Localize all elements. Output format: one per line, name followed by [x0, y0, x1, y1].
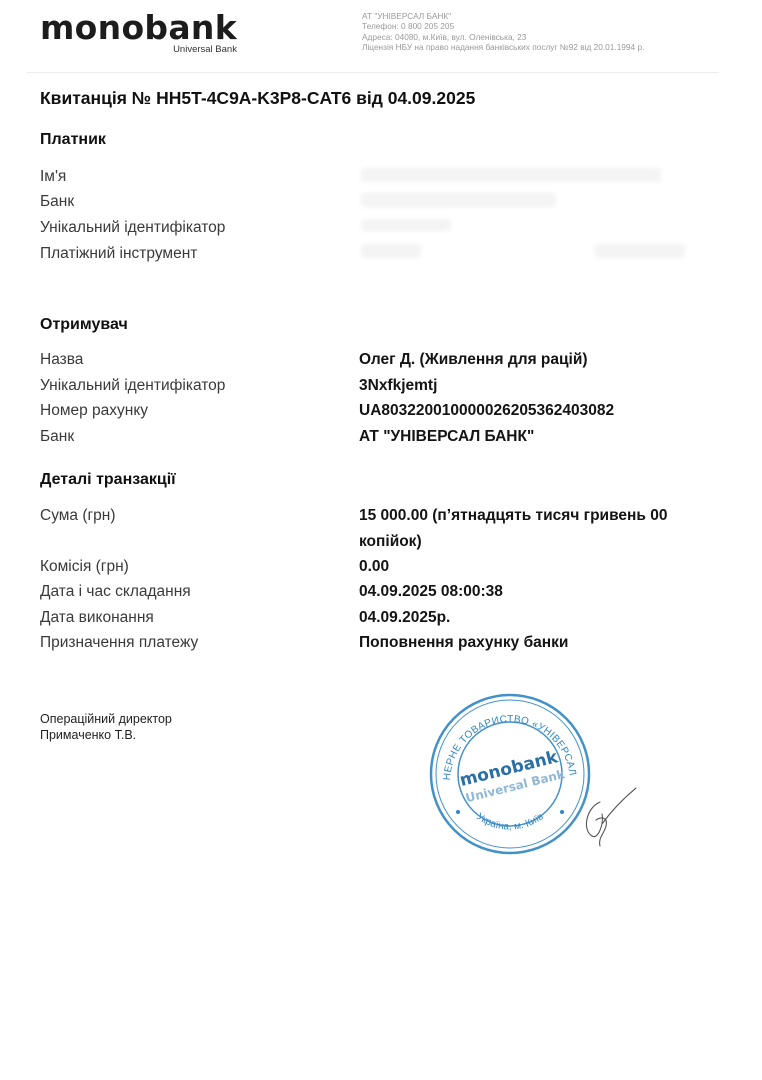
bank-contact-info: АТ "УНІВЕРСАЛ БАНК" Телефон: 0 800 205 2…: [362, 11, 644, 52]
header-divider: [27, 72, 719, 73]
transaction-heading: Деталі транзакції: [40, 471, 176, 489]
logo-wordmark: monobank: [40, 10, 237, 46]
bank-license: Ліцензія НБУ на право надання банківськи…: [362, 42, 644, 52]
payer-instrument-redacted-2: [595, 244, 685, 258]
recipient-id-value: 3Nxfkjemtj: [359, 373, 719, 399]
signatory-block: Операційний директор Примаченко Т.В.: [40, 711, 172, 743]
payer-name-label: Ім'я: [40, 164, 66, 190]
stamp-bottom-text: Україна, м. Київ: [474, 811, 545, 832]
bank-phone: Телефон: 0 800 205 205: [362, 21, 644, 31]
recipient-heading: Отримувач: [40, 316, 128, 334]
recipient-account-value: UA803220010000026205362403082: [359, 398, 719, 424]
payer-id-redacted: [361, 219, 451, 231]
handwritten-signature: [578, 780, 638, 850]
logo-subtitle: Universal Bank: [173, 44, 237, 55]
fee-value: 0.00: [359, 554, 719, 580]
bank-stamp: АКЦІОНЕРНЕ ТОВАРИСТВО «УНІВЕРСАЛ БАНК» У…: [428, 692, 592, 856]
signatory-position: Операційний директор: [40, 711, 172, 727]
fee-label: Комісія (грн): [40, 554, 129, 580]
recipient-account-label: Номер рахунку: [40, 398, 148, 424]
recipient-bank-value: АТ "УНІВЕРСАЛ БАНК": [359, 424, 719, 450]
amount-value: 15 000.00 (п’ятнадцять тисяч гривень 00 …: [359, 503, 714, 554]
purpose-value: Поповнення рахунку банки: [359, 630, 719, 656]
bank-address: Адреса: 04080, м.Київ, вул. Оленівська, …: [362, 32, 644, 42]
monobank-logo: monobank Universal Bank: [40, 10, 237, 46]
payer-id-label: Унікальний ідентифікатор: [40, 215, 225, 241]
bank-name: АТ "УНІВЕРСАЛ БАНК": [362, 11, 644, 21]
executed-value: 04.09.2025р.: [359, 605, 719, 631]
receipt-title: Квитанція № HH5T-4C9A-K3P8-CAT6 від 04.0…: [40, 88, 475, 109]
payer-bank-label: Банк: [40, 189, 74, 215]
amount-label: Сума (грн): [40, 503, 116, 529]
payer-heading: Платник: [40, 131, 106, 149]
payer-instrument-label: Платіжний інструмент: [40, 241, 197, 267]
created-label: Дата і час складання: [40, 579, 191, 605]
recipient-id-label: Унікальний ідентифікатор: [40, 373, 225, 399]
payer-bank-redacted: [361, 193, 556, 207]
executed-label: Дата виконання: [40, 605, 154, 631]
purpose-label: Призначення платежу: [40, 630, 198, 656]
recipient-bank-label: Банк: [40, 424, 74, 450]
recipient-name-label: Назва: [40, 347, 83, 373]
signatory-name: Примаченко Т.В.: [40, 727, 172, 743]
payer-instrument-redacted: [361, 244, 421, 258]
recipient-name-value: Олег Д. (Живлення для рацій): [359, 347, 719, 373]
payer-name-redacted: [361, 168, 661, 182]
created-value: 04.09.2025 08:00:38: [359, 579, 719, 605]
